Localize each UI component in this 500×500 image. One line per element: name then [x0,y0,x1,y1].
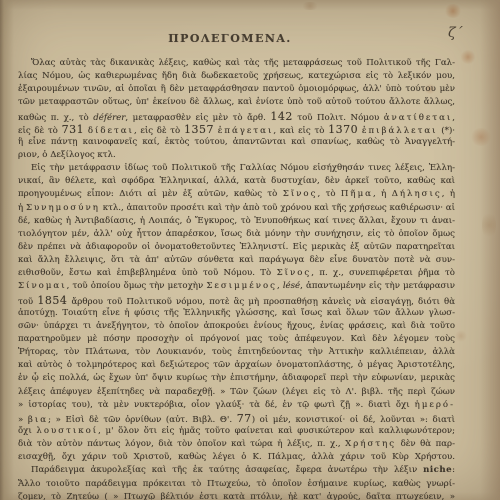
text-line: δέ, καθὼς ἡ Ἀντιβαδίασις, ἡ Λοιπάς, ὁ Ἔγ… [18,215,455,228]
text-line: καὶ ἄλλη ἔλλειψις, ὅτι τὰ ἀπ' αὐτῶν σύνθ… [18,254,455,267]
text-line: εισαχθῇ, ὄχι χάριν τοῦ Χριστοῦ, καθὼς λέ… [18,451,455,464]
foxing-stain [300,2,320,10]
text-line: ἀποτύχῃ. Τοιαύτη εἶνε ἡ φύσις τῆς Ἑλληνι… [18,307,455,320]
foxing-stain [460,50,476,64]
text-line: » ἱστορίας του), τὰ μὲν νυκτερόβια, οἷον… [18,399,455,412]
text-line: Εἰς τὴν μετάφρασιν ἰδίως τοῦ Πολιτικοῦ τ… [18,162,455,175]
text-line: σῶν· ὑπάρχει τι ἀνεξήγητον, τὸ ὁποῖον ἀπ… [18,320,455,333]
text-line: τοῦ 1854 ἄρθρου τοῦ Πολιτικοῦ νόμου, ποτ… [18,294,455,307]
text-line: Σίνομαι, τοῦ ὁποίου ὅμως τὴν μετοχὴν Σεσ… [18,280,455,293]
body-text: Ὅλας αὐτὰς τὰς δικανικὰς λέξεις, καθὼς κ… [18,57,455,500]
text-line: » βια; » Εἰσὶ δὲ τῶν ὀρνίθων (αὐτ. Βιβλ.… [18,412,455,425]
text-line: Ἄλλο τοιοῦτο παράδειγμα πρόκειται τὸ Πτω… [18,478,455,491]
page-header-title: ΠΡΟΛΕΓΟΜΕΝΑ. [0,32,460,45]
text-line: ἡ Συνημοσύνη κτλ., ἀπαιτοῦν προσέτι καὶ … [18,202,455,215]
scanned-book-page: ΠΡΟΛΕΓΟΜΕΝΑ. ζ΄ Ὅλας αὐτὰς τὰς δικανικὰς… [0,0,500,500]
text-line: καὶ αὐτὸς ὁ τολμηρότερος καὶ δεξιώτερος … [18,359,455,372]
foxing-stain [455,330,467,342]
text-line: ειθισθοῦν, ἔστω καὶ ἐπιβεβλημένα ὑπὸ τοῦ… [18,267,455,280]
text-line: ἐν ᾧ εἰς πολλά, ὡς ἔχων ὑπ' ὄψιν κυρίως … [18,372,455,385]
text-line: ἐξαιρουμένων τινῶν, αἱ ὁποῖαι ἢ δὲν μετα… [18,83,455,96]
text-line: λίας Νόμου, ὡς καθιερωμένας ἤδη διὰ δωδε… [18,70,455,83]
text-line: εἰς δὲ τὸ 731 δίδεται, εἰς δὲ τὸ 1357 ἐπ… [18,123,455,136]
text-line: νικαί, ἂν θέλετε, καὶ σφόδρα Ἑλληνικαί, … [18,175,455,188]
text-line: ἢ εἶνε πάντῃ καινοφανεῖς καί, ἐκτὸς τούτ… [18,136,455,149]
text-line: ριον, ὁ Δεξίλογος κτλ. [18,149,455,162]
text-line: ζομεν, τὸ Ζητεύω ( » Πτωχῷ βέλτιόν ἐστι … [18,491,455,500]
text-line: λέξεις ἀπέφυγεν ἐξεπίτηδες νὰ παραδεχθῇ.… [18,386,455,399]
text-line: ὄχι λουστικοί, μ' ὅλον ὅτι εἰς ἡμᾶς τοῦτ… [18,425,455,438]
page-number: ζ΄ [448,25,463,41]
text-line: τιολόγητον μέν, ἀλλ' οὐχ ἧττον ἀπαρέσκον… [18,228,455,241]
text-line: Ὅλας αὐτὰς τὰς δικανικὰς λέξεις, καθὼς κ… [18,57,455,70]
text-line: δὲν πρέπει νὰ ἀδιαφοροῦν οἱ ὀνοματοθετοῦ… [18,241,455,254]
text-line: προηγουμένως εἶπον: Διότι αἱ μὲν ἐξ αὐτῶ… [18,188,455,201]
foxing-stain [444,4,462,18]
text-line: τῶν μεταφραστῶν οὕτως, ὑπ' ἐκείνου δὲ ἄλ… [18,96,455,109]
text-line: Ῥήτορας, τὸν Πλάτωνα, τὸν Λουκιανόν, τοὺ… [18,346,455,359]
text-line: Παράδειγμα ἀκυρολεξίας καὶ τῆς ἐκ ταύτης… [18,464,455,477]
text-line: παρατηροῦμεν μὲ πόσην προσοχὴν οἱ πρόγον… [18,333,455,346]
text-line: διὰ τὸν αὐτὸν πάντως λόγον, διὰ τὸν ὁποῖ… [18,438,455,451]
text-line: καθὼς π. χ., τὸ déférer, μεταφρασθὲν εἰς… [18,110,455,123]
foxing-stain [470,128,492,146]
foxing-stain [482,210,496,240]
